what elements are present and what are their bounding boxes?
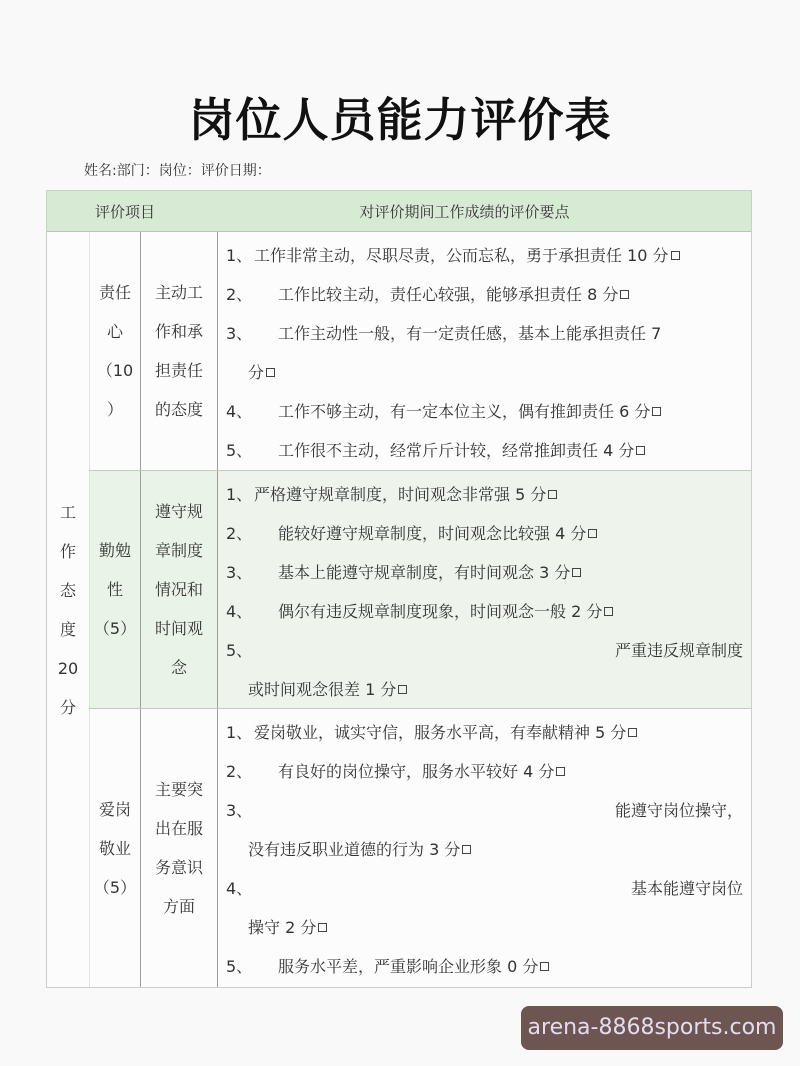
checkbox-icon — [628, 728, 637, 737]
checkbox-icon — [671, 251, 680, 260]
checkbox-icon — [398, 685, 407, 694]
item-cell: 勤勉 性 （5） — [89, 471, 141, 708]
checkbox-icon — [604, 607, 613, 616]
checkbox-icon — [462, 845, 471, 854]
item-cell: 爱岗 敬业 （5） — [89, 709, 141, 987]
point-item: 4、偶尔有违反规章制度现象，时间观念一般 2 分 — [226, 592, 743, 631]
item-line: ） — [107, 390, 123, 429]
focus-line: 出在服 — [155, 809, 203, 848]
focus-line: 作和承 — [155, 312, 203, 351]
point-item: 4、工作不够主动，有一定本位主义，偶有推卸责任 6 分 — [226, 392, 743, 431]
point-item: 1、爱岗敬业，诚实守信，服务水平高，有奉献精神 5 分 — [226, 713, 743, 752]
point-item: 1、严格遵守规章制度，时间观念非常强 5 分 — [226, 475, 743, 514]
group-work-attitude: 工 作 态 度 20 分 — [47, 232, 89, 987]
checkbox-icon — [620, 290, 629, 299]
focus-line: 遵守规 — [155, 492, 203, 531]
point-item: 3、工作主动性一般，有一定责任感，基本上能承担责任 7 — [226, 314, 743, 353]
item-line: 勤勉 — [99, 531, 131, 570]
table-body: 工 作 态 度 20 分 责任 心 （10 ） 主动工 作和承 担责任 的态 — [47, 232, 751, 987]
group-char: 分 — [60, 688, 76, 727]
focus-line: 的态度 — [155, 390, 203, 429]
point-continuation: 没有违反职业道德的行为 3 分 — [226, 830, 743, 869]
point-continuation: 分 — [226, 353, 743, 392]
point-continuation: 或时间观念很差 1 分 — [226, 670, 743, 709]
point-item: 5、服务水平差，严重影响企业形象 0 分 — [226, 947, 743, 986]
form-meta-line: 姓名:部门：岗位：评价日期： — [84, 160, 271, 180]
item-line: （5） — [94, 868, 136, 907]
watermark-badge: arena-8868sports.com — [521, 1006, 783, 1050]
focus-line: 务意识 — [155, 848, 203, 887]
focus-cell: 遵守规 章制度 情况和 时间观 念 — [141, 471, 218, 708]
item-line: 责任 — [99, 273, 131, 312]
group-char: 度 — [60, 610, 76, 649]
focus-line: 章制度 — [155, 531, 203, 570]
checkbox-icon — [318, 923, 327, 932]
checkbox-icon — [652, 407, 661, 416]
header-evaluation-points: 对评价期间工作成绩的评价要点 — [218, 201, 751, 222]
checkbox-icon — [588, 529, 597, 538]
checkbox-icon — [572, 568, 581, 577]
focus-line: 主动工 — [155, 273, 203, 312]
focus-line: 担责任 — [155, 351, 203, 390]
item-cell: 责任 心 （10 ） — [89, 232, 141, 470]
focus-line: 念 — [171, 648, 187, 687]
evaluation-table: 评价项目 对评价期间工作成绩的评价要点 工 作 态 度 20 分 责任 心 （1… — [46, 190, 752, 988]
point-item: 3、基本上能遵守规章制度，有时间观念 3 分 — [226, 553, 743, 592]
group-char: 20 — [58, 649, 78, 688]
point-item: 5、工作很不主动，经常斤斤计较，经常推卸责任 4 分 — [226, 431, 743, 470]
header-evaluation-item: 评价项目 — [47, 201, 218, 222]
points-cell: 1、爱岗敬业，诚实守信，服务水平高，有奉献精神 5 分 2、有良好的岗位操守，服… — [218, 709, 751, 987]
table-row-responsibility: 责任 心 （10 ） 主动工 作和承 担责任 的态度 1、工作非常主动，尽职尽责… — [89, 232, 751, 471]
checkbox-icon — [636, 446, 645, 455]
point-item: 2、工作比较主动，责任心较强，能够承担责任 8 分 — [226, 275, 743, 314]
focus-line: 情况和 — [155, 570, 203, 609]
focus-line: 主要突 — [155, 770, 203, 809]
point-item: 1、工作非常主动，尽职尽责，公而忘私，勇于承担责任 10 分 — [226, 236, 743, 275]
group-char: 作 — [60, 532, 76, 571]
group-char: 态 — [60, 571, 76, 610]
point-item: 2、能较好遵守规章制度，时间观念比较强 4 分 — [226, 514, 743, 553]
table-header: 评价项目 对评价期间工作成绩的评价要点 — [47, 191, 751, 232]
checkbox-icon — [548, 490, 557, 499]
item-line: 敬业 — [99, 829, 131, 868]
focus-line: 方面 — [163, 887, 195, 926]
points-cell: 1、工作非常主动，尽职尽责，公而忘私，勇于承担责任 10 分 2、工作比较主动，… — [218, 232, 751, 470]
points-cell: 1、严格遵守规章制度，时间观念非常强 5 分 2、能较好遵守规章制度，时间观念比… — [218, 471, 751, 708]
table-row-diligence: 勤勉 性 （5） 遵守规 章制度 情况和 时间观 念 1、严格遵守规章制度，时间… — [89, 471, 751, 709]
group-char: 工 — [60, 493, 76, 532]
point-item: 4、基本能遵守岗位 — [226, 869, 743, 908]
item-line: 性 — [107, 570, 123, 609]
item-line: （5） — [94, 609, 136, 648]
point-item: 2、有良好的岗位操守，服务水平较好 4 分 — [226, 752, 743, 791]
checkbox-icon — [540, 962, 549, 971]
item-line: 心 — [107, 312, 123, 351]
focus-cell: 主要突 出在服 务意识 方面 — [141, 709, 218, 987]
point-item: 3、能遵守岗位操守， — [226, 791, 743, 830]
focus-cell: 主动工 作和承 担责任 的态度 — [141, 232, 218, 470]
point-item: 5、严重违反规章制度 — [226, 631, 743, 670]
page-title: 岗位人员能力评价表 — [0, 84, 800, 150]
checkbox-icon — [556, 767, 565, 776]
point-continuation: 操守 2 分 — [226, 908, 743, 947]
item-line: 爱岗 — [99, 790, 131, 829]
focus-line: 时间观 — [155, 609, 203, 648]
item-line: （10 — [97, 351, 133, 390]
table-row-dedication: 爱岗 敬业 （5） 主要突 出在服 务意识 方面 1、爱岗敬业，诚实守信，服务水… — [89, 709, 751, 987]
checkbox-icon — [266, 368, 275, 377]
